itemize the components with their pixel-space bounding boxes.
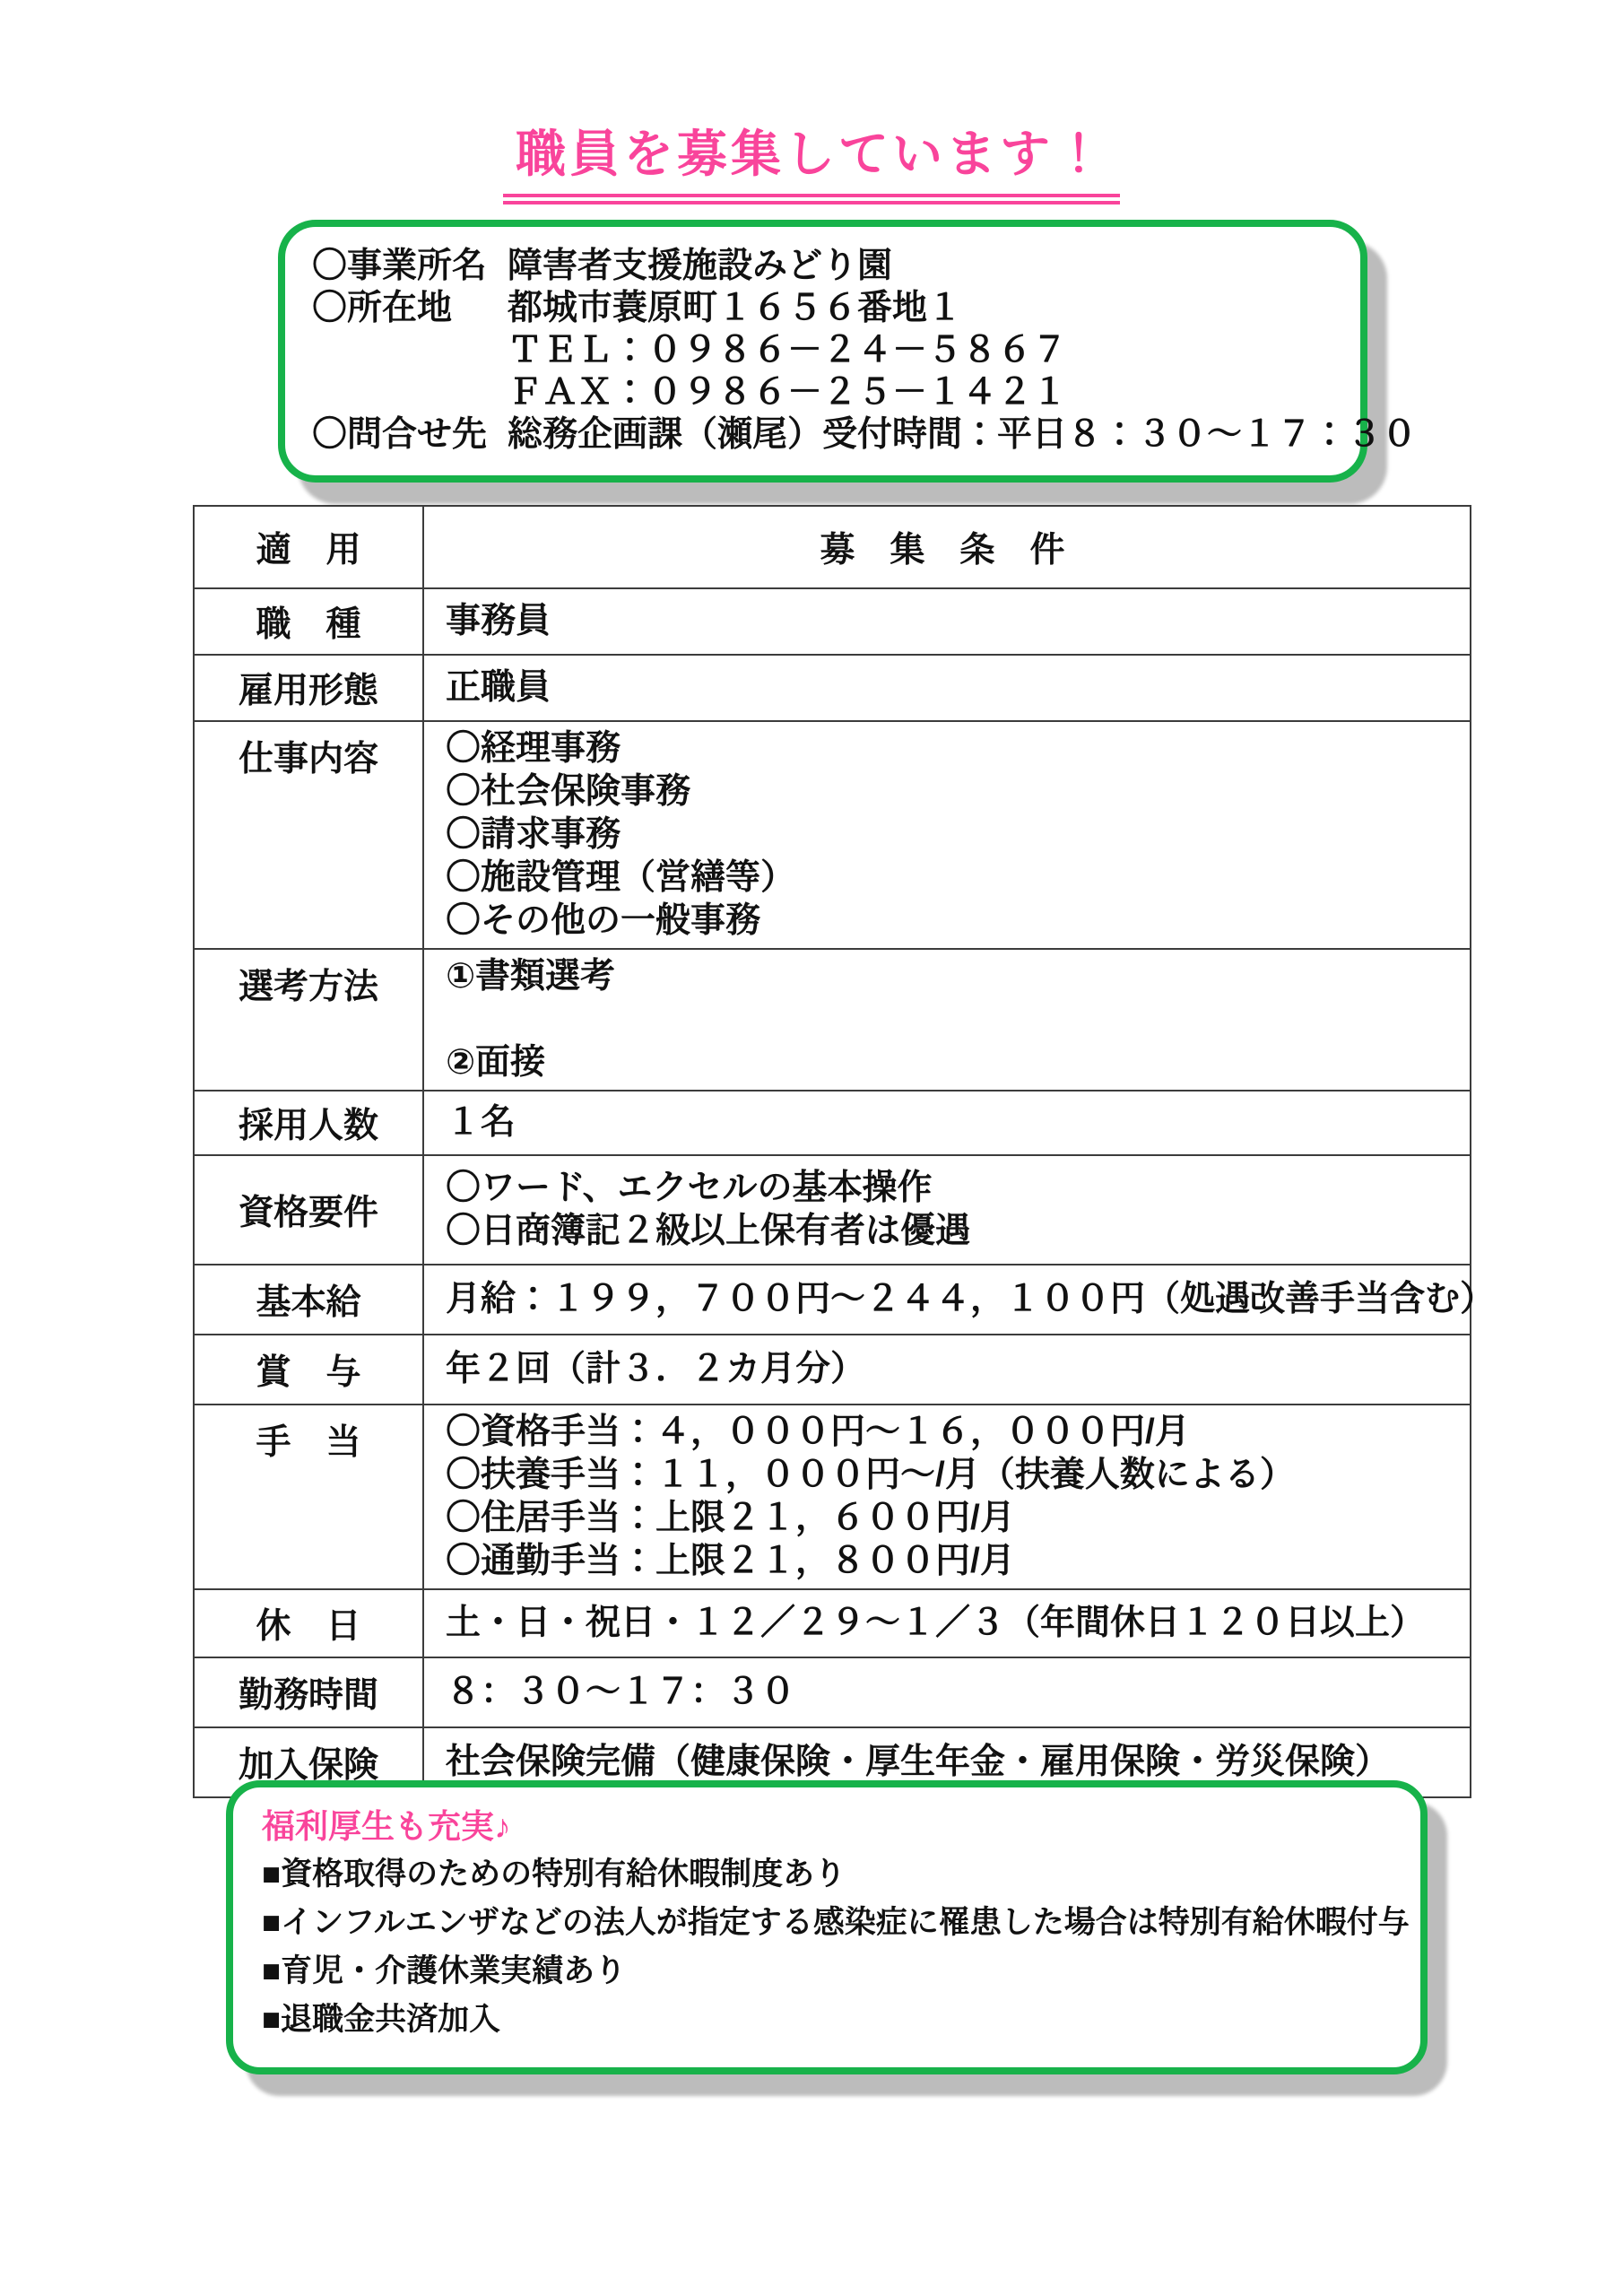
page-title: 職員を募集しています！ [503,115,1120,204]
row-value: ①書類選考②面接 [423,949,1471,1091]
table-row: 休 日土・日・祝日・１２／２９～１／３（年間休日１２０日以上） [194,1589,1471,1657]
benefit-item: ■退職金共済加入 [262,1996,1395,2044]
row-value-line: １名 [446,1101,1461,1144]
row-value-line: 年２回（計３．２カ月分） [446,1348,1461,1391]
row-value-line: 〇通勤手当：上限２１，８００円/月 [446,1540,1461,1583]
table-header-conditions: 募 集 条 件 [423,506,1471,588]
row-value-line: 事務員 [446,600,1461,643]
row-value-line: 〇請求事務 [446,813,1461,857]
office-info-box: 〇事業所名障害者支援施設みどり園〇所在地都城市蓑原町１６５６番地１ＴＥＬ：０９８… [278,220,1367,483]
info-line: ＴＥＬ：０９８６－２４－５８６７ [312,329,1337,371]
table-header-row: 適 用 募 集 条 件 [194,506,1471,588]
info-line-value: ＴＥＬ：０９８６－２４－５８６７ [508,329,1067,371]
row-value-line: ②面接 [446,1041,1461,1084]
info-line: 〇所在地都城市蓑原町１６５６番地１ [312,287,1337,329]
row-value-line: ８：３０～１７：３０ [446,1671,1461,1714]
row-value: 月給：１９９，７００円～２４４，１００円（処遇改善手当含む） [423,1265,1471,1335]
recruitment-table-body: 適 用 募 集 条 件 職 種事務員雇用形態正職員仕事内容〇経理事務〇社会保険事… [194,506,1471,1797]
info-line: 〇事業所名障害者支援施設みどり園 [312,245,1337,287]
table-row: 採用人数１名 [194,1091,1471,1155]
row-label: 手 当 [194,1405,423,1589]
row-label: 資格要件 [194,1155,423,1265]
benefits-box: 福利厚生も充実♪ ■資格取得のための特別有給休暇制度あり■インフルエンザなどの法… [226,1780,1428,2074]
info-line-label: 〇問合せ先 [312,413,508,456]
row-value: 〇ワード、エクセルの基本操作〇日商簿記２級以上保有者は優遇 [423,1155,1471,1265]
table-row: 職 種事務員 [194,588,1471,655]
row-label: 仕事内容 [194,721,423,949]
info-line-label: 〇事業所名 [312,245,508,287]
info-line-value: 総務企画課（瀬尾）受付時間：平日８：３０～１７：３０ [508,413,1417,456]
row-value-line: 〇日商簿記２級以上保有者は優遇 [446,1210,1461,1253]
row-value-line: 〇ワード、エクセルの基本操作 [446,1167,1461,1210]
row-value-line: 正職員 [446,666,1461,709]
row-value-line: 〇施設管理（営繕等） [446,857,1461,900]
info-line: ＦＡＸ：０９８６－２５－１４２１ [312,371,1337,413]
title-wrap: 職員を募集しています！ [0,115,1623,204]
table-row: 仕事内容〇経理事務〇社会保険事務〇請求事務〇施設管理（営繕等）〇その他の一般事務 [194,721,1471,949]
row-label: 基本給 [194,1265,423,1335]
table-row: 勤務時間８：３０～１７：３０ [194,1657,1471,1727]
row-value: 正職員 [423,655,1471,721]
table-row: 選考方法①書類選考②面接 [194,949,1471,1091]
row-value: 年２回（計３．２カ月分） [423,1335,1471,1405]
recruitment-table: 適 用 募 集 条 件 職 種事務員雇用形態正職員仕事内容〇経理事務〇社会保険事… [193,505,1471,1798]
benefit-item: ■育児・介護休業実績あり [262,1947,1395,1996]
row-value: 事務員 [423,588,1471,655]
info-line-value: 障害者支援施設みどり園 [508,245,892,287]
row-value-line [446,998,1461,1041]
row-value-line: 〇社会保険事務 [446,770,1461,813]
document-page: { "colors":{ "accent_pink":"#F9449B", "a… [0,0,1623,2296]
row-label: 雇用形態 [194,655,423,721]
row-value: 〇経理事務〇社会保険事務〇請求事務〇施設管理（営繕等）〇その他の一般事務 [423,721,1471,949]
info-line: 〇問合せ先総務企画課（瀬尾）受付時間：平日８：３０～１７：３０ [312,413,1337,456]
row-value-line: 〇住居手当：上限２１，６００円/月 [446,1497,1461,1540]
table-row: 雇用形態正職員 [194,655,1471,721]
row-value-line: 月給：１９９，７００円～２４４，１００円（処遇改善手当含む） [446,1278,1461,1321]
row-value-line: 〇扶養手当：１１，０００円～/月（扶養人数による） [446,1454,1461,1497]
row-label: 勤務時間 [194,1657,423,1727]
info-line-label [312,329,508,371]
info-line-value: ＦＡＸ：０９８６－２５－１４２１ [508,371,1067,413]
row-value-line: ①書類選考 [446,955,1461,998]
row-value-line: 社会保険完備（健康保険・厚生年金・雇用保険・労災保険） [446,1741,1461,1784]
row-label: 休 日 [194,1589,423,1657]
table-row: 資格要件〇ワード、エクセルの基本操作〇日商簿記２級以上保有者は優遇 [194,1155,1471,1265]
row-value-line: 〇その他の一般事務 [446,900,1461,943]
benefits-heading: 福利厚生も充実♪ [262,1804,1395,1850]
row-label: 採用人数 [194,1091,423,1155]
table-row: 賞 与年２回（計３．２カ月分） [194,1335,1471,1405]
benefit-item: ■インフルエンザなどの法人が指定する感染症に罹患した場合は特別有給休暇付与 [262,1899,1395,1947]
row-label: 職 種 [194,588,423,655]
info-line-value: 都城市蓑原町１６５６番地１ [508,287,962,329]
row-value-line: 土・日・祝日・１２／２９～１／３（年間休日１２０日以上） [446,1602,1461,1645]
table-header-applies: 適 用 [194,506,423,588]
row-value: ８：３０～１７：３０ [423,1657,1471,1727]
table-row: 基本給月給：１９９，７００円～２４４，１００円（処遇改善手当含む） [194,1265,1471,1335]
row-label: 賞 与 [194,1335,423,1405]
info-line-label: 〇所在地 [312,287,508,329]
row-value: 土・日・祝日・１２／２９～１／３（年間休日１２０日以上） [423,1589,1471,1657]
benefit-item: ■資格取得のための特別有給休暇制度あり [262,1850,1395,1899]
row-value-line: 〇経理事務 [446,727,1461,770]
row-value-line: 〇資格手当：４，０００円～１６，０００円/月 [446,1411,1461,1454]
row-value: 〇資格手当：４，０００円～１６，０００円/月〇扶養手当：１１，０００円～/月（扶… [423,1405,1471,1589]
info-line-label [312,371,508,413]
row-label: 選考方法 [194,949,423,1091]
row-value: １名 [423,1091,1471,1155]
table-row: 手 当〇資格手当：４，０００円～１６，０００円/月〇扶養手当：１１，０００円～/… [194,1405,1471,1589]
